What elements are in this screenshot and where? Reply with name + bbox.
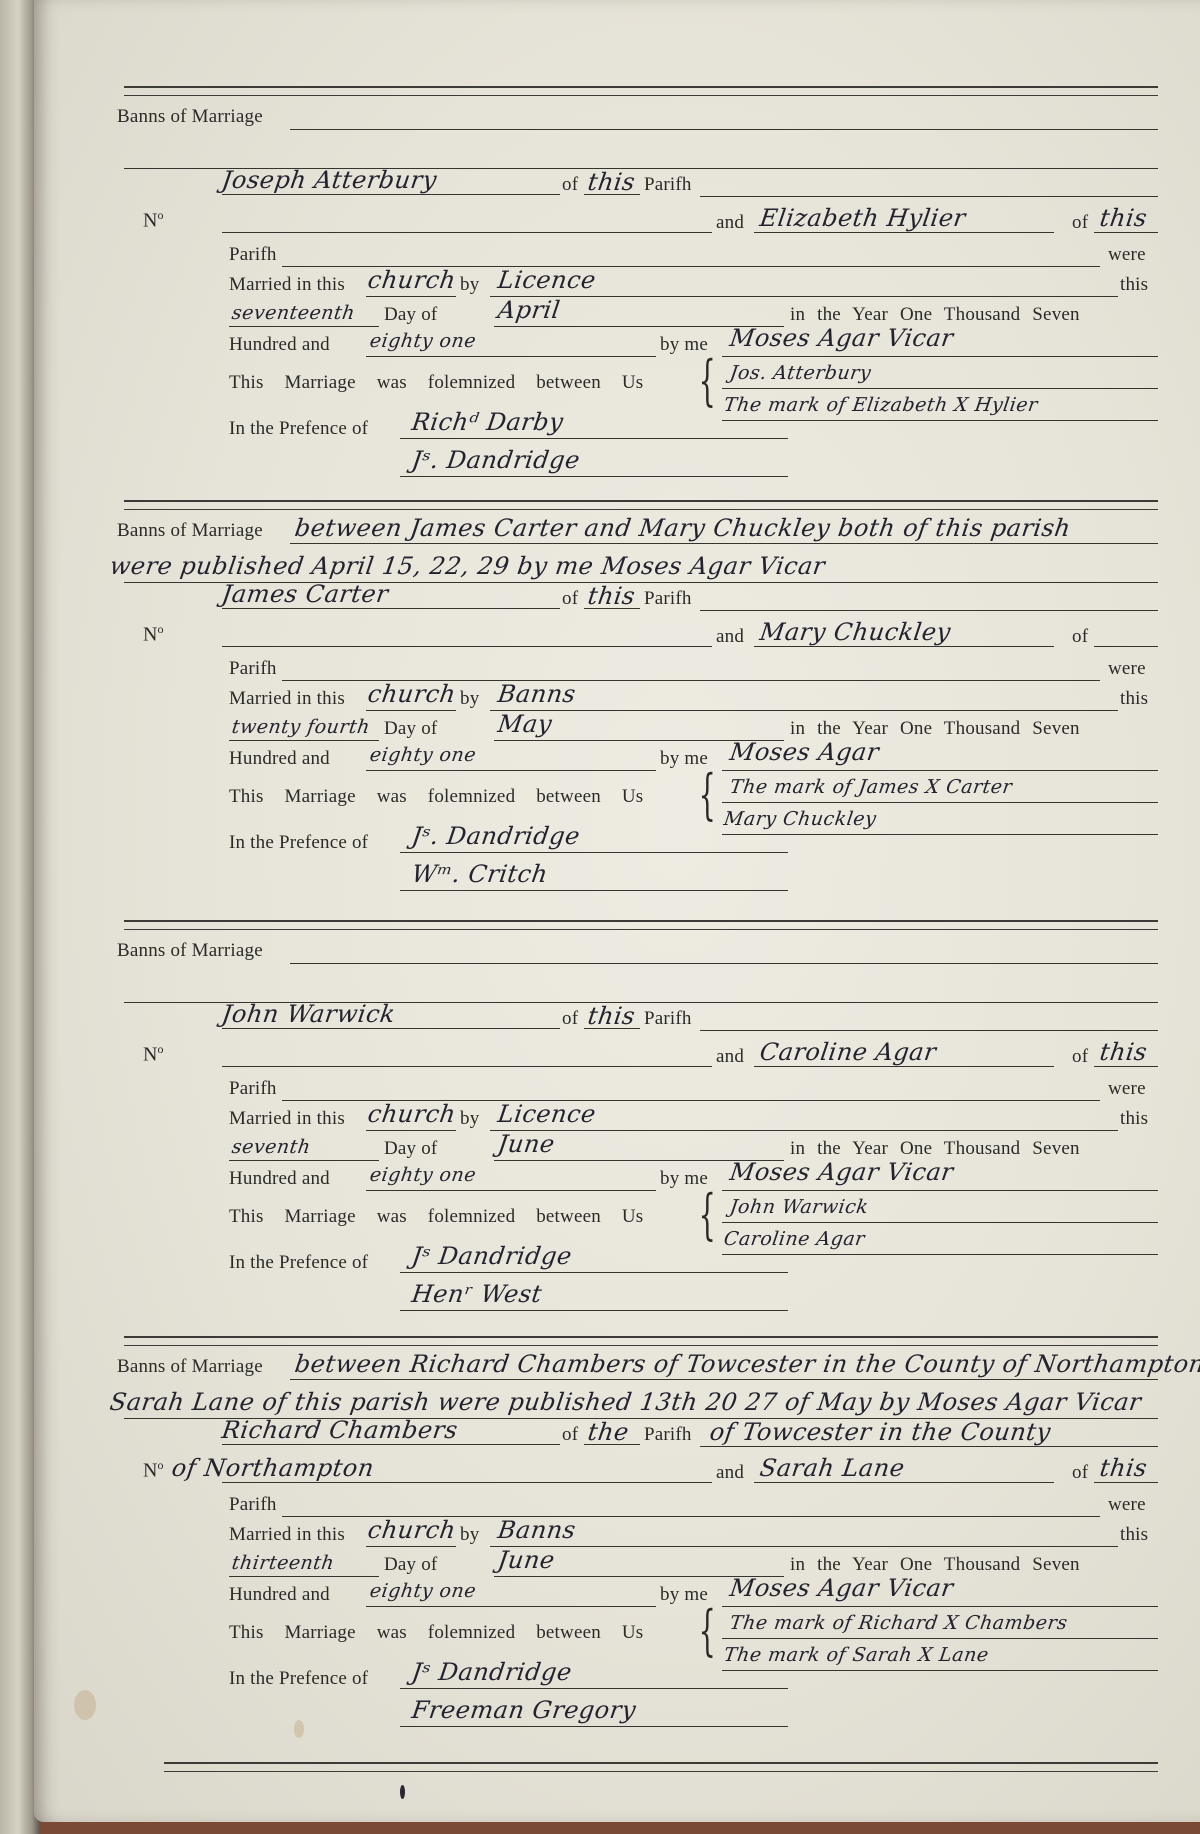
- of-label-2: of: [1072, 212, 1088, 234]
- witness-line-2: [400, 476, 788, 477]
- day-line: [229, 326, 379, 327]
- signature-1: John Warwick: [728, 1196, 869, 1218]
- brace: {: [699, 768, 716, 822]
- this-label: this: [1120, 688, 1148, 710]
- officiant-line: [722, 770, 1158, 771]
- signature-line-2: [722, 1254, 1158, 1255]
- banns-text-1: between James Carter and Mary Chuckley b…: [293, 514, 1073, 542]
- year-words: eighty one: [368, 744, 477, 766]
- bride-line: [754, 1066, 1054, 1067]
- were-label: were: [1108, 1078, 1146, 1100]
- method-line: [490, 1130, 1118, 1131]
- ink-dot: [400, 1785, 405, 1799]
- banns-text-1: between Richard Chambers of Towcester in…: [293, 1350, 1200, 1378]
- witness-2: Wᵐ. Critch: [410, 860, 550, 888]
- banns-line-1: [290, 543, 1158, 544]
- bottom-divider: [164, 1762, 1158, 1772]
- witness-line-1: [400, 438, 788, 439]
- groom-parish: this: [586, 168, 637, 196]
- method-line: [490, 1546, 1118, 1547]
- groom-line: [222, 608, 560, 609]
- solemnized-label: This Marriage was folemnized between Us: [229, 372, 643, 394]
- by-label: by: [460, 688, 479, 710]
- signature-1: The mark of Richard X Chambers: [728, 1612, 1069, 1634]
- signature-line-1: [722, 388, 1158, 389]
- banns-label: Banns of Marriage: [117, 520, 263, 542]
- groom-parish: this: [586, 582, 637, 610]
- witness-1: Jˢ Dandridge: [410, 1242, 574, 1270]
- venue-line: [366, 710, 456, 711]
- signature-1: Jos. Atterbury: [728, 362, 872, 384]
- signature-line-1: [722, 1222, 1158, 1223]
- signature-line-2: [722, 420, 1158, 421]
- parish-label-2: Parifh: [229, 1494, 277, 1516]
- bride-parish: this: [1098, 1038, 1149, 1066]
- banns-line-1: [290, 129, 1158, 130]
- officiant-line: [722, 1606, 1158, 1607]
- month: May: [496, 710, 554, 738]
- day-of-label: Day of: [384, 1138, 437, 1160]
- groom-line-2: [222, 1066, 712, 1067]
- groom-line: [222, 1444, 560, 1445]
- number-label: No: [143, 208, 163, 233]
- presence-label: In the Prefence of: [229, 1252, 368, 1274]
- bride-line: [754, 646, 1054, 647]
- and-label: and: [716, 626, 744, 648]
- groom-parish: the: [586, 1418, 631, 1446]
- officiant-line: [722, 1190, 1158, 1191]
- were-label: were: [1108, 658, 1146, 680]
- section-divider: [124, 500, 1158, 510]
- witness-2: Henʳ West: [410, 1280, 544, 1308]
- hundred-and-label: Hundred and: [229, 1584, 330, 1606]
- bride-line: [754, 232, 1054, 233]
- venue-line: [366, 1546, 456, 1547]
- of-label: of: [562, 1008, 578, 1030]
- parish-line: [700, 610, 1158, 611]
- method: Banns: [496, 680, 578, 708]
- bride-name: Elizabeth Hylier: [758, 204, 968, 232]
- by-label: by: [460, 1108, 479, 1130]
- of-label-2: of: [1072, 1046, 1088, 1068]
- parish-line: [700, 1446, 1158, 1447]
- of-label-2: of: [1072, 1462, 1088, 1484]
- year-line: [366, 1190, 656, 1191]
- of-label: of: [562, 1424, 578, 1446]
- married-in-label: Married in this: [229, 274, 345, 296]
- groom-line-2: [222, 1482, 712, 1483]
- year-words: eighty one: [368, 1580, 477, 1602]
- day: seventh: [230, 1136, 312, 1158]
- year-label: in the Year One Thousand Seven: [790, 718, 1080, 740]
- section-divider: [124, 1336, 1158, 1346]
- section-divider: [124, 920, 1158, 930]
- hundred-and-label: Hundred and: [229, 1168, 330, 1190]
- brace: {: [699, 1604, 716, 1658]
- signature-2: The mark of Elizabeth X Hylier: [722, 394, 1039, 416]
- witness-line-1: [400, 1272, 788, 1273]
- year-label: in the Year One Thousand Seven: [790, 1554, 1080, 1576]
- bride-parish-line: [1094, 1066, 1158, 1067]
- bride-parish-line: [1094, 1482, 1158, 1483]
- groom-name: James Carter: [220, 580, 390, 608]
- signature-2: Caroline Agar: [722, 1228, 866, 1250]
- number-label: No: [143, 1458, 163, 1483]
- and-label: and: [716, 212, 744, 234]
- year-words: eighty one: [368, 330, 477, 352]
- year-line: [366, 770, 656, 771]
- groom-parish-continued: of Towcester in the County: [708, 1418, 1053, 1446]
- witness-line-2: [400, 890, 788, 891]
- month: June: [496, 1546, 557, 1574]
- and-label: and: [716, 1046, 744, 1068]
- groom-parish-line: [584, 1444, 640, 1445]
- number-label: No: [143, 622, 163, 647]
- bride-parish-line: [1094, 232, 1158, 233]
- method: Banns: [496, 1516, 578, 1544]
- day-of-label: Day of: [384, 1554, 437, 1576]
- venue-line: [366, 296, 456, 297]
- groom-name: John Warwick: [220, 1000, 397, 1028]
- brace: {: [699, 1188, 716, 1242]
- witness-line-1: [400, 1688, 788, 1689]
- section-divider: [124, 86, 1158, 96]
- day-line: [229, 740, 379, 741]
- method: Licence: [496, 266, 598, 294]
- bride-parish: this: [1098, 204, 1149, 232]
- venue: church: [366, 1100, 458, 1128]
- groom-line-2: [222, 646, 712, 647]
- hundred-and-label: Hundred and: [229, 334, 330, 356]
- month: April: [496, 296, 562, 324]
- groom-name: Joseph Atterbury: [220, 166, 439, 194]
- banns-text-2: Sarah Lane of this parish were published…: [108, 1388, 1143, 1416]
- year-label: in the Year One Thousand Seven: [790, 1138, 1080, 1160]
- this-label: this: [1120, 274, 1148, 296]
- number-label: No: [143, 1042, 163, 1067]
- married-in-label: Married in this: [229, 1524, 345, 1546]
- this-label: this: [1120, 1524, 1148, 1546]
- venue: church: [366, 1516, 458, 1544]
- presence-label: In the Prefence of: [229, 418, 368, 440]
- parish-line: [700, 196, 1158, 197]
- method: Licence: [496, 1100, 598, 1128]
- hundred-and-label: Hundred and: [229, 748, 330, 770]
- banns-label: Banns of Marriage: [117, 940, 263, 962]
- parish-label-2: Parifh: [229, 658, 277, 680]
- parish-label: Parifh: [644, 1008, 692, 1030]
- year-line: [366, 356, 656, 357]
- married-in-label: Married in this: [229, 688, 345, 710]
- banns-line-1: [290, 1379, 1158, 1380]
- witness-line-1: [400, 852, 788, 853]
- venue: church: [366, 266, 458, 294]
- bride-parish: this: [1098, 1454, 1149, 1482]
- this-label: this: [1120, 1108, 1148, 1130]
- groom-parish-line: [584, 608, 640, 609]
- groom-parish-line: [584, 1028, 640, 1029]
- day: twenty fourth: [230, 716, 371, 738]
- register-page: [34, 0, 1200, 1822]
- parish-label: Parifh: [644, 588, 692, 610]
- of-label: of: [562, 174, 578, 196]
- were-label: were: [1108, 1494, 1146, 1516]
- witness-1: Richᵈ Darby: [410, 408, 565, 436]
- signature-line-1: [722, 802, 1158, 803]
- day-line: [229, 1576, 379, 1577]
- officiant-line: [722, 356, 1158, 357]
- method-line: [490, 710, 1118, 711]
- witness-2: Jˢ. Dandridge: [410, 446, 582, 474]
- groom-parish: this: [586, 1002, 637, 1030]
- month: June: [496, 1130, 557, 1158]
- witness-line-2: [400, 1726, 788, 1727]
- day-line: [229, 1160, 379, 1161]
- officiant: Moses Agar Vicar: [728, 1158, 955, 1186]
- signature-1: The mark of James X Carter: [728, 776, 1013, 798]
- groom-name: Richard Chambers: [220, 1416, 460, 1444]
- groom-line: [222, 194, 560, 195]
- day-of-label: Day of: [384, 718, 437, 740]
- parish-label-2: Parifh: [229, 1078, 277, 1100]
- bride-parish-line: [1094, 646, 1158, 647]
- groom-parish-continued-2: of Northampton: [170, 1454, 376, 1482]
- signature-2: The mark of Sarah X Lane: [722, 1644, 990, 1666]
- presence-label: In the Prefence of: [229, 1668, 368, 1690]
- parish-label: Parifh: [644, 174, 692, 196]
- day: thirteenth: [230, 1552, 335, 1574]
- witness-1: Jˢ. Dandridge: [410, 822, 582, 850]
- solemnized-label: This Marriage was folemnized between Us: [229, 786, 643, 808]
- stain: [74, 1690, 96, 1720]
- bride-name: Sarah Lane: [758, 1454, 906, 1482]
- by-label: by: [460, 274, 479, 296]
- signature-line-2: [722, 834, 1158, 835]
- year-label: in the Year One Thousand Seven: [790, 304, 1080, 326]
- officiant: Moses Agar Vicar: [728, 324, 955, 352]
- venue: church: [366, 680, 458, 708]
- solemnized-label: This Marriage was folemnized between Us: [229, 1206, 643, 1228]
- year-words: eighty one: [368, 1164, 477, 1186]
- parish-line: [700, 1030, 1158, 1031]
- of-label-2: of: [1072, 626, 1088, 648]
- were-label: were: [1108, 244, 1146, 266]
- groom-line: [222, 1028, 560, 1029]
- parish-label: Parifh: [644, 1424, 692, 1446]
- married-in-label: Married in this: [229, 1108, 345, 1130]
- witness-2: Freeman Gregory: [410, 1696, 638, 1724]
- groom-line-2: [222, 232, 712, 233]
- year-line: [366, 1606, 656, 1607]
- signature-2: Mary Chuckley: [722, 808, 877, 830]
- bride-name: Caroline Agar: [758, 1038, 938, 1066]
- banns-label: Banns of Marriage: [117, 106, 263, 128]
- banns-text-2: were published April 15, 22, 29 by me Mo…: [108, 552, 827, 580]
- day: seventeenth: [230, 302, 356, 324]
- method-line: [490, 296, 1118, 297]
- signature-line-1: [722, 1638, 1158, 1639]
- of-label: of: [562, 588, 578, 610]
- stain: [294, 1720, 304, 1738]
- by-label: by: [460, 1524, 479, 1546]
- witness-line-2: [400, 1310, 788, 1311]
- brace: {: [699, 354, 716, 408]
- bride-name: Mary Chuckley: [758, 618, 953, 646]
- and-label: and: [716, 1462, 744, 1484]
- bride-line: [754, 1482, 1054, 1483]
- presence-label: In the Prefence of: [229, 832, 368, 854]
- signature-line-2: [722, 1670, 1158, 1671]
- solemnized-label: This Marriage was folemnized between Us: [229, 1622, 643, 1644]
- witness-1: Jˢ Dandridge: [410, 1658, 574, 1686]
- parish-label-2: Parifh: [229, 244, 277, 266]
- banns-line-1: [290, 963, 1158, 964]
- venue-line: [366, 1130, 456, 1131]
- groom-parish-line: [584, 194, 640, 195]
- officiant: Moses Agar: [728, 738, 881, 766]
- banns-label: Banns of Marriage: [117, 1356, 263, 1378]
- day-of-label: Day of: [384, 304, 437, 326]
- officiant: Moses Agar Vicar: [728, 1574, 955, 1602]
